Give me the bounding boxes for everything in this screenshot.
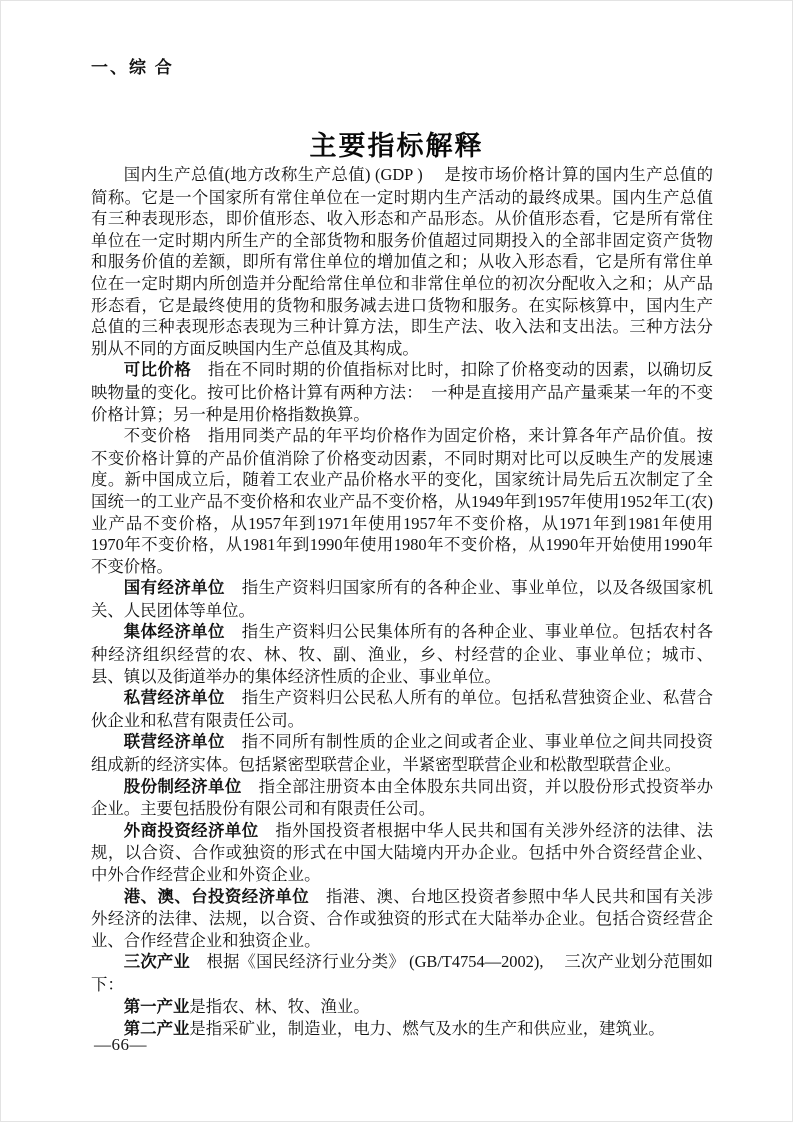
- section-header: 一、综 合: [91, 53, 174, 78]
- page-title: 主要指标解释: [1, 124, 792, 163]
- paragraph-gdp-definition: 国内生产总值(地方改称生产总值) (GDP ) 是按市场价格计算的国内生产总值的…: [91, 164, 713, 359]
- document-body: 国内生产总值(地方改称生产总值) (GDP ) 是按市场价格计算的国内生产总值的…: [91, 164, 713, 1041]
- paragraph-constant-prices: 不变价格 指用同类产品的年平均价格作为固定价格，来计算各年产品价值。按不变价格计…: [91, 425, 713, 577]
- term-label: 可比价格: [124, 361, 191, 379]
- term-label: 第一产业: [124, 998, 190, 1016]
- paragraph-hmt-invested-units: 港、澳、台投资经济单位 指港、澳、台地区投资者参照中华人民共和国有关涉外经济的法…: [91, 886, 713, 952]
- term-label: 港、澳、台投资经济单位: [124, 888, 309, 906]
- page-number: —66—: [94, 1035, 147, 1055]
- document-page: 一、综 合 主要指标解释 国内生产总值(地方改称生产总值) (GDP ) 是按市…: [0, 0, 793, 1122]
- term-label: 联营经济单位: [124, 733, 225, 751]
- paragraph-joint-operation-units: 联营经济单位 指不同所有制性质的企业之间或者企业、事业单位之间共同投资组成新的经…: [91, 731, 713, 775]
- paragraph-primary-industry: 第一产业是指农、林、牧、渔业。: [91, 996, 713, 1019]
- paragraph-state-owned-units: 国有经济单位 指生产资料归国家所有的各种企业、事业单位，以及各级国家机关、人民团…: [91, 577, 713, 621]
- paragraph-collective-units: 集体经济单位 指生产资料归公民集体所有的各种企业、事业单位。包括农村各种经济组织…: [91, 621, 713, 687]
- term-label: 私营经济单位: [124, 689, 225, 707]
- paragraph-text: 是指农、林、牧、渔业。: [189, 997, 369, 1016]
- term-label: 集体经济单位: [124, 623, 225, 641]
- paragraph-shareholding-units: 股份制经济单位 指全部注册资本由全体股东共同出资，并以股份形式投资举办企业。主要…: [91, 776, 713, 820]
- paragraph-three-industries: 三次产业 根据《国民经济行业分类》 (GB/T4754—2002), 三次产业划…: [91, 951, 713, 995]
- term-label: 外商投资经济单位: [124, 822, 259, 840]
- paragraph-text: 是指采矿业，制造业，电力、燃气及水的生产和供应业，建筑业。: [189, 1019, 664, 1038]
- paragraph-secondary-industry: 第二产业是指采矿业，制造业，电力、燃气及水的生产和供应业，建筑业。: [91, 1018, 713, 1041]
- term-label: 国有经济单位: [124, 579, 225, 597]
- paragraph-comparable-prices: 可比价格 指在不同时期的价值指标对比时，扣除了价格变动的因素，以确切反映物量的变…: [91, 359, 713, 425]
- term-label: 股份制经济单位: [124, 778, 242, 796]
- paragraph-text: 不变价格 指用同类产品的年平均价格作为固定价格，来计算各年产品价值。按不变价格计…: [91, 426, 713, 576]
- term-label: 三次产业: [124, 953, 190, 971]
- paragraph-text: 国内生产总值(地方改称生产总值) (GDP ) 是按市场价格计算的国内生产总值的…: [91, 165, 713, 358]
- paragraph-foreign-invested-units: 外商投资经济单位 指外国投资者根据中华人民共和国有关涉外经济的法律、法规，以合资…: [91, 820, 713, 886]
- paragraph-private-units: 私营经济单位 指生产资料归公民私人所有的单位。包括私营独资企业、私营合伙企业和私…: [91, 687, 713, 731]
